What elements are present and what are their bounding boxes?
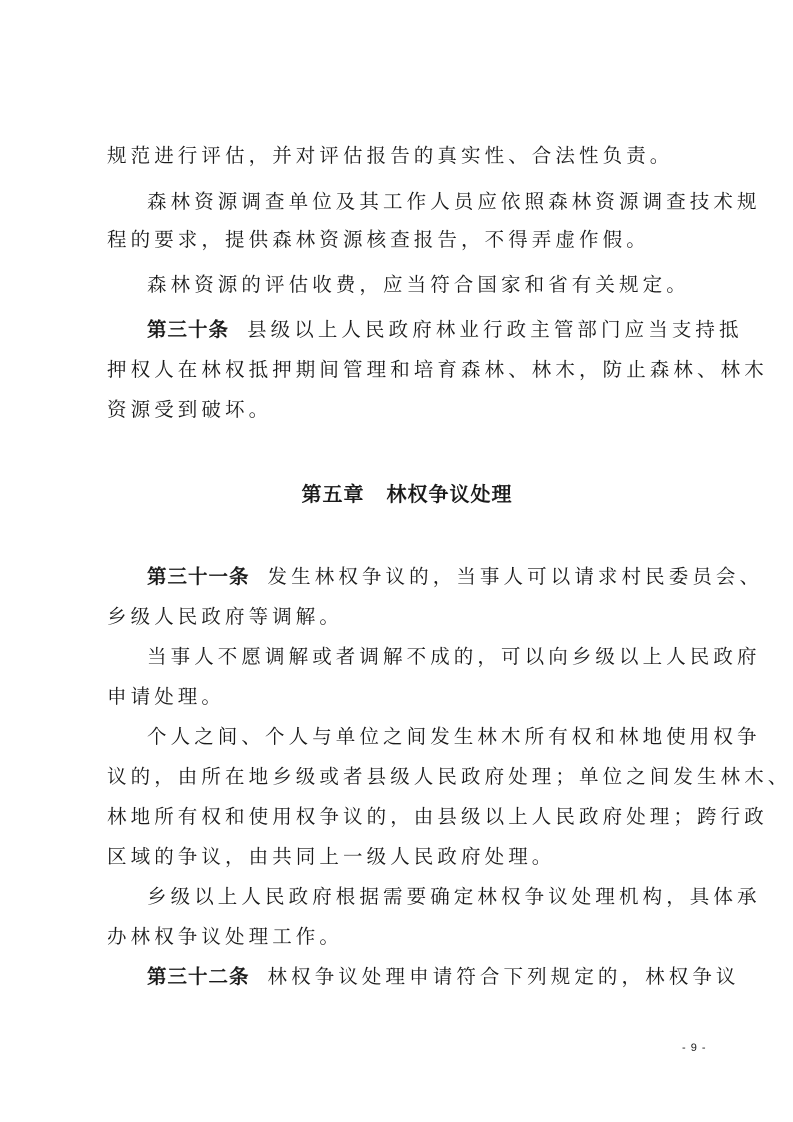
article-32-line: 第三十二条林权争议处理申请符合下列规定的，林权争议: [107, 963, 747, 991]
chapter-name: 林权争议处理: [387, 482, 513, 506]
article-heading: 第三十一条: [147, 565, 250, 588]
text-line: 议的，由所在地乡级或者县级人民政府处理；单位之间发生林木、: [107, 763, 707, 791]
article-heading: 第三十条: [147, 318, 229, 341]
text-line: 规范进行评估，并对评估报告的真实性、合法性负责。: [107, 142, 707, 170]
text-span: 林权争议处理申请符合下列规定的，林权争议: [268, 965, 740, 988]
text-line: 当事人不愿调解或者调解不成的，可以向乡级以上人民政府: [107, 643, 747, 671]
text-line: 区域的争议，由共同上一级人民政府处理。: [107, 843, 707, 871]
text-span: 发生林权争议的，当事人可以请求村民委员会、: [268, 565, 764, 588]
chapter-title: 第五章林权争议处理: [107, 478, 707, 507]
page-number: - 9 -: [682, 1042, 707, 1054]
text-line: 林地所有权和使用权争议的，由县级以上人民政府处理；跨行政: [107, 803, 707, 831]
text-line: 森林资源调查单位及其工作人员应依照森林资源调查技术规: [107, 188, 747, 216]
text-line: 申请处理。: [107, 683, 707, 711]
text-line: 办林权争议处理工作。: [107, 923, 707, 951]
text-line: 程的要求，提供森林资源核查报告，不得弄虚作假。: [107, 226, 707, 254]
text-span: 县级以上人民政府林业行政主管部门应当支持抵: [247, 318, 743, 341]
article-30-line: 第三十条县级以上人民政府林业行政主管部门应当支持抵: [107, 316, 747, 344]
text-line: 乡级以上人民政府根据需要确定林权争议处理机构，具体承: [107, 883, 747, 911]
article-31-line: 第三十一条发生林权争议的，当事人可以请求村民委员会、: [107, 563, 747, 591]
text-line: 乡级人民政府等调解。: [107, 603, 707, 631]
article-heading: 第三十二条: [147, 965, 250, 988]
text-line: 森林资源的评估收费，应当符合国家和省有关规定。: [107, 271, 747, 299]
text-line: 资源受到破坏。: [107, 396, 707, 424]
chapter-number: 第五章: [302, 482, 365, 506]
text-line: 押权人在林权抵押期间管理和培育森林、林木，防止森林、林木: [107, 356, 707, 384]
text-line: 个人之间、个人与单位之间发生林木所有权和林地使用权争: [107, 723, 747, 751]
